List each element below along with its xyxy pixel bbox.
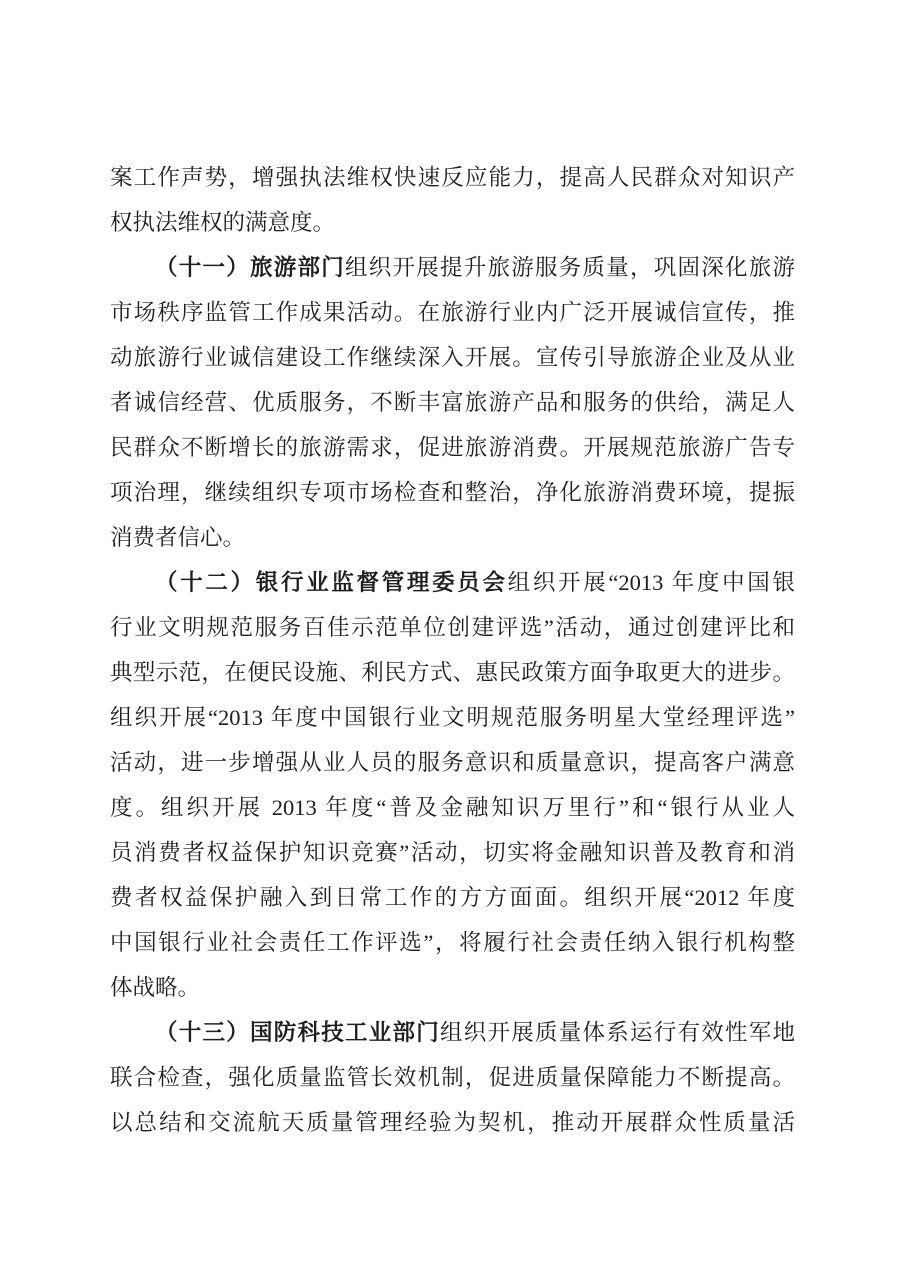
- text-segment: 者诚信经营、优质服务，不断丰富旅游产品和服务的供给，满足人: [110, 390, 795, 415]
- text-line: 费者权益保护融入到日常工作的方方面面。组织开展“2012 年度: [110, 875, 795, 920]
- text-line: 典型示范，在便民设施、利民方式、惠民政策方面争取更大的进步。: [110, 650, 795, 695]
- text-line: 案工作声势，增强执法维权快速反应能力，提高人民群众对知识产: [110, 155, 795, 200]
- text-segment: 案工作声势，增强执法维权快速反应能力，提高人民群众对知识产: [110, 165, 795, 190]
- text-line: （十一）旅游部门组织开展提升旅游服务质量，巩固深化旅游: [110, 245, 795, 290]
- text-line: 体战略。: [110, 965, 795, 1010]
- text-segment: 民群众不断增长的旅游需求，促进旅游消费。开展规范旅游广告专: [110, 435, 795, 460]
- document-body: 案工作声势，增强执法维权快速反应能力，提高人民群众对知识产权执法维权的满意度。（…: [110, 155, 795, 1145]
- text-segment: 市场秩序监管工作成果活动。在旅游行业内广泛开展诚信宣传，推: [110, 300, 795, 325]
- text-line: 行业文明规范服务百佳示范单位创建评选”活动，通过创建评比和: [110, 605, 795, 650]
- text-line: 民群众不断增长的旅游需求，促进旅游消费。开展规范旅游广告专: [110, 425, 795, 470]
- para-12-banking-regulatory-commission: （十二）银行业监督管理委员会组织开展“2013 年度中国银行业文明规范服务百佳示…: [110, 560, 795, 1010]
- text-segment: 权执法维权的满意度。: [110, 210, 335, 235]
- text-line: 项治理，继续组织专项市场检查和整治，净化旅游消费环境，提振: [110, 470, 795, 515]
- text-segment: 费者权益保护融入到日常工作的方方面面。组织开展“2012 年度: [110, 885, 795, 910]
- text-line: 中国银行业社会责任工作评选”，将履行社会责任纳入银行机构整: [110, 920, 795, 965]
- text-segment: 项治理，继续组织专项市场检查和整治，净化旅游消费环境，提振: [110, 480, 795, 505]
- text-line: 员消费者权益保护知识竞赛”活动，切实将金融知识普及教育和消: [110, 830, 795, 875]
- text-segment: 动旅游行业诚信建设工作继续深入开展。宣传引导旅游企业及从业: [110, 345, 795, 370]
- para-13-defense-science-technology-industry: （十三）国防科技工业部门组织开展质量体系运行有效性军地联合检查，强化质量监管长效…: [110, 1010, 795, 1145]
- text-segment: 组织开展质量体系运行有效性军地: [440, 1020, 795, 1045]
- section-heading: （十二）银行业监督管理委员会: [155, 570, 508, 595]
- text-line: （十二）银行业监督管理委员会组织开展“2013 年度中国银: [110, 560, 795, 605]
- text-line: 度。组织开展 2013 年度“普及金融知识万里行”和“银行从业人: [110, 785, 795, 830]
- text-line: 联合检查，强化质量监管长效机制，促进质量保障能力不断提高。: [110, 1055, 795, 1100]
- text-segment: 组织开展提升旅游服务质量，巩固深化旅游: [345, 255, 795, 280]
- text-segment: 体战略。: [110, 975, 200, 1000]
- text-segment: 典型示范，在便民设施、利民方式、惠民政策方面争取更大的进步。: [110, 660, 795, 685]
- text-line: 动旅游行业诚信建设工作继续深入开展。宣传引导旅游企业及从业: [110, 335, 795, 380]
- section-heading: （十三）国防科技工业部门: [155, 1020, 440, 1045]
- text-segment: 活动，进一步增强从业人员的服务意识和质量意识，提高客户满意: [110, 750, 795, 775]
- text-line: 消费者信心。: [110, 515, 795, 560]
- text-line: 市场秩序监管工作成果活动。在旅游行业内广泛开展诚信宣传，推: [110, 290, 795, 335]
- text-segment: 中国银行业社会责任工作评选”，将履行社会责任纳入银行机构整: [110, 930, 795, 955]
- text-segment: 组织开展“2013 年度中国银: [508, 570, 795, 595]
- text-segment: 联合检查，强化质量监管长效机制，促进质量保障能力不断提高。: [110, 1065, 795, 1090]
- text-line: 活动，进一步增强从业人员的服务意识和质量意识，提高客户满意: [110, 740, 795, 785]
- para-11-tourism: （十一）旅游部门组织开展提升旅游服务质量，巩固深化旅游市场秩序监管工作成果活动。…: [110, 245, 795, 560]
- text-segment: 以总结和交流航天质量管理经验为契机，推动开展群众性质量活: [110, 1110, 795, 1135]
- text-segment: 度。组织开展 2013 年度“普及金融知识万里行”和“银行从业人: [110, 795, 795, 820]
- text-segment: 组织开展“2013 年度中国银行业文明规范服务明星大堂经理评选”: [110, 705, 795, 730]
- para-continuation-ip-enforcement: 案工作声势，增强执法维权快速反应能力，提高人民群众对知识产权执法维权的满意度。: [110, 155, 795, 245]
- text-line: 以总结和交流航天质量管理经验为契机，推动开展群众性质量活: [110, 1100, 795, 1145]
- section-heading: （十一）旅游部门: [155, 255, 345, 280]
- document-page: 案工作声势，增强执法维权快速反应能力，提高人民群众对知识产权执法维权的满意度。（…: [0, 0, 900, 1273]
- text-segment: 员消费者权益保护知识竞赛”活动，切实将金融知识普及教育和消: [110, 840, 795, 865]
- text-line: （十三）国防科技工业部门组织开展质量体系运行有效性军地: [110, 1010, 795, 1055]
- text-line: 权执法维权的满意度。: [110, 200, 795, 245]
- text-segment: 行业文明规范服务百佳示范单位创建评选”活动，通过创建评比和: [110, 615, 795, 640]
- text-segment: 消费者信心。: [110, 525, 245, 550]
- text-line: 者诚信经营、优质服务，不断丰富旅游产品和服务的供给，满足人: [110, 380, 795, 425]
- text-line: 组织开展“2013 年度中国银行业文明规范服务明星大堂经理评选”: [110, 695, 795, 740]
